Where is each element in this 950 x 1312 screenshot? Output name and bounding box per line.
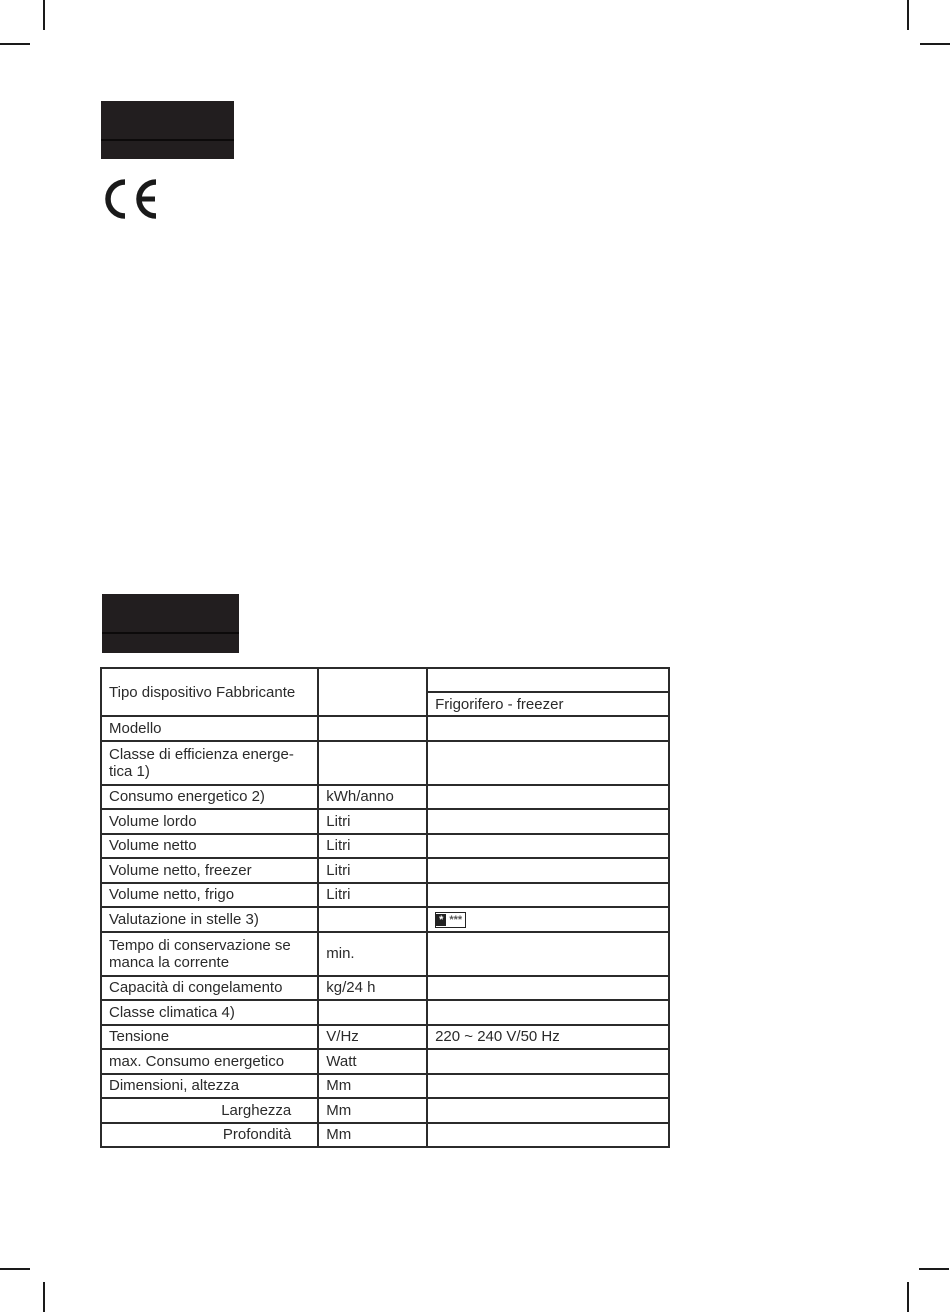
ce-mark-icon [101,178,161,220]
row-label: Volume netto [101,834,318,859]
row-label: Classe di efficienza energe- tica 1) [101,741,318,785]
row-unit [318,741,427,785]
row-label: Volume netto, freezer [101,858,318,883]
table-row: max. Consumo energeticoWatt [101,1049,669,1074]
row-unit: kg/24 h [318,976,427,1001]
row-value [427,834,669,859]
table-row: ProfonditàMm [101,1123,669,1148]
technical-specifications-table: Tipo dispositivo FabbricanteFrigorifero … [100,667,670,1148]
row-unit: Mm [318,1074,427,1099]
table-row: Volume lordoLitri [101,809,669,834]
row-value [427,976,669,1001]
row-value [427,1049,669,1074]
row-unit [318,907,427,932]
row-unit: Watt [318,1049,427,1074]
table-row: Valutazione in stelle 3)**** [101,907,669,932]
row-label: max. Consumo energetico [101,1049,318,1074]
row-unit [318,1000,427,1025]
row-label: Tipo dispositivo Fabbricante [101,668,318,716]
row-value [427,1000,669,1025]
row-value-top [427,668,669,692]
row-label: Dimensioni, altezza [101,1074,318,1099]
table-row: Classe climatica 4) [101,1000,669,1025]
row-label: Valutazione in stelle 3) [101,907,318,932]
row-unit: Litri [318,834,427,859]
table-row: Modello [101,716,669,741]
row-value [427,1074,669,1099]
four-star-freezer-rating-icon: **** [435,912,466,928]
row-value [427,858,669,883]
row-value [427,716,669,741]
crop-mark-top-left-vertical [43,0,45,30]
row-unit [318,668,427,716]
section-header-divider [102,632,239,634]
crop-mark-bottom-right-horizontal [919,1268,949,1270]
section-header-bar [101,101,234,159]
row-value: **** [427,907,669,932]
row-label: Classe climatica 4) [101,1000,318,1025]
row-value: 220 ~ 240 V/50 Hz [427,1025,669,1050]
row-label: Volume netto, frigo [101,883,318,908]
row-value [427,1098,669,1123]
crop-mark-top-left-horizontal [0,43,30,45]
row-unit [318,716,427,741]
row-unit: Litri [318,858,427,883]
row-unit: Litri [318,883,427,908]
crop-mark-bottom-left-horizontal [0,1268,30,1270]
row-label: Volume lordo [101,809,318,834]
crop-mark-top-right-horizontal [920,43,950,45]
row-label: Larghezza [101,1098,318,1123]
row-value [427,932,669,976]
table-row: Tempo di conservazione se manca la corre… [101,932,669,976]
crop-mark-top-right-vertical [907,0,909,30]
row-unit: V/Hz [318,1025,427,1050]
row-value [427,741,669,785]
row-label: Capacità di congelamento [101,976,318,1001]
row-label: Consumo energetico 2) [101,785,318,810]
crop-mark-bottom-left-vertical [43,1282,45,1312]
row-value [427,1123,669,1148]
row-label: Tensione [101,1025,318,1050]
section-header-divider [101,139,234,141]
row-unit: kWh/anno [318,785,427,810]
table-row: Volume nettoLitri [101,834,669,859]
row-unit: Mm [318,1123,427,1148]
table-row: Tipo dispositivo Fabbricante [101,668,669,692]
row-label: Tempo di conservazione se manca la corre… [101,932,318,976]
star-light-icon: *** [446,914,465,926]
table-row: TensioneV/Hz220 ~ 240 V/50 Hz [101,1025,669,1050]
table-row: Consumo energetico 2)kWh/anno [101,785,669,810]
row-unit: min. [318,932,427,976]
row-label: Modello [101,716,318,741]
table-row: Volume netto, frigoLitri [101,883,669,908]
table-row: Dimensioni, altezzaMm [101,1074,669,1099]
row-value [427,785,669,810]
table-row: LarghezzaMm [101,1098,669,1123]
row-value [427,809,669,834]
row-value [427,883,669,908]
table-row: Classe di efficienza energe- tica 1) [101,741,669,785]
star-dark-icon: * [436,914,446,926]
crop-mark-bottom-right-vertical [907,1282,909,1312]
table-row: Capacità di congelamentokg/24 h [101,976,669,1001]
section-header-bar [102,594,239,653]
row-unit: Mm [318,1098,427,1123]
row-unit: Litri [318,809,427,834]
table-row: Volume netto, freezerLitri [101,858,669,883]
row-value-bottom: Frigorifero - freezer [427,692,669,716]
row-label: Profondità [101,1123,318,1148]
